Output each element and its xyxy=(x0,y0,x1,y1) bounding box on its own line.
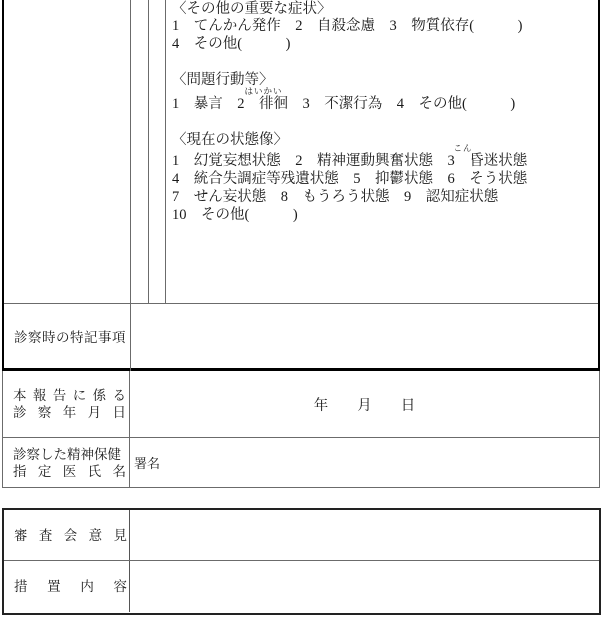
symptom-content-row: 〈その他の重要な症状〉 1 てんかん発作 2 自殺念慮 3 物質依存( ) 4 … xyxy=(4,0,598,304)
option-line-state-3: 7 せん妄状態 8 もうろう状態 9 認知症状態 xyxy=(172,189,594,206)
review-opinion-value-field[interactable] xyxy=(130,510,599,560)
option-line-state-2: 4 統合失調症等残遺状態 5 抑鬱状態 6 そう状態 xyxy=(172,171,594,188)
exam-date-label-line1: 本報告に係る xyxy=(13,387,126,404)
review-opinion-label: 審査会意見 xyxy=(14,527,127,544)
option-line-state-1: 1 幻覚妄想状態 2 精神運動興奮状態 3 昏迷状態 xyxy=(172,153,594,170)
doctor-label-cell: 診察した精神保健 指定医氏名 xyxy=(3,438,130,487)
measure-label-cell: 措置内容 xyxy=(4,561,130,612)
exam-date-label-cell: 本報告に係る 診察年月日 xyxy=(3,371,130,437)
exam-date-value-field[interactable]: 年 月 日 xyxy=(130,371,599,437)
option-line-symptoms-1: 1 てんかん発作 2 自殺念慮 3 物質依存( ) xyxy=(172,18,594,35)
doctor-signature-field[interactable]: 署名 xyxy=(130,438,599,487)
exam-date-row: 本報告に係る 診察年月日 年 月 日 xyxy=(3,371,599,438)
notes-label-cell: 診察時の特記事項 xyxy=(4,304,131,371)
notes-row: 診察時の特記事項 xyxy=(4,304,598,371)
date-signature-table: 本報告に係る 診察年月日 年 月 日 診察した精神保健 指定医氏名 署名 xyxy=(2,371,600,488)
furigana-kon: こん xyxy=(448,144,478,153)
furigana-haikai: はいかい xyxy=(236,87,291,96)
doctor-name-row: 診察した精神保健 指定医氏名 署名 xyxy=(3,438,599,487)
doctor-label-line2: 指定医氏名 xyxy=(13,463,126,480)
measure-label: 措置内容 xyxy=(14,578,127,595)
left-spacer-column xyxy=(4,0,131,303)
measure-content-row: 措置内容 xyxy=(4,561,599,612)
review-opinion-row: 審査会意見 xyxy=(4,510,599,561)
document-canvas: 〈その他の重要な症状〉 1 てんかん発作 2 自殺念慮 3 物質依存( ) 4 … xyxy=(0,0,604,617)
option-line-behavior-1: 1 暴言 2 徘徊 3 不潔行為 4 その他( ) xyxy=(172,96,594,113)
notes-value-field[interactable] xyxy=(131,304,598,371)
doctor-label-line1: 診察した精神保健 xyxy=(13,446,129,463)
signature-label: 署名 xyxy=(134,453,160,472)
option-line-state-4: 10 その他( ) xyxy=(172,207,594,224)
option-line-symptoms-2: 4 その他( ) xyxy=(172,36,594,53)
report-table: 〈その他の重要な症状〉 1 てんかん発作 2 自殺念慮 3 物質依存( ) 4 … xyxy=(2,0,600,371)
review-opinion-label-cell: 審査会意見 xyxy=(4,510,130,560)
review-table: 審査会意見 措置内容 xyxy=(2,508,601,615)
exam-date-placeholder-text: 年 月 日 xyxy=(314,394,416,415)
section-heading-other-symptoms: 〈その他の重要な症状〉 xyxy=(172,1,594,18)
section-heading-current-state: 〈現在の状態像〉 xyxy=(172,132,594,149)
symptom-content-cell: 〈その他の重要な症状〉 1 てんかん発作 2 自殺念慮 3 物質依存( ) 4 … xyxy=(166,0,598,303)
measure-value-field[interactable] xyxy=(130,561,599,612)
notes-label: 診察時の特記事項 xyxy=(14,329,130,346)
exam-date-label-line2: 診察年月日 xyxy=(13,404,126,421)
